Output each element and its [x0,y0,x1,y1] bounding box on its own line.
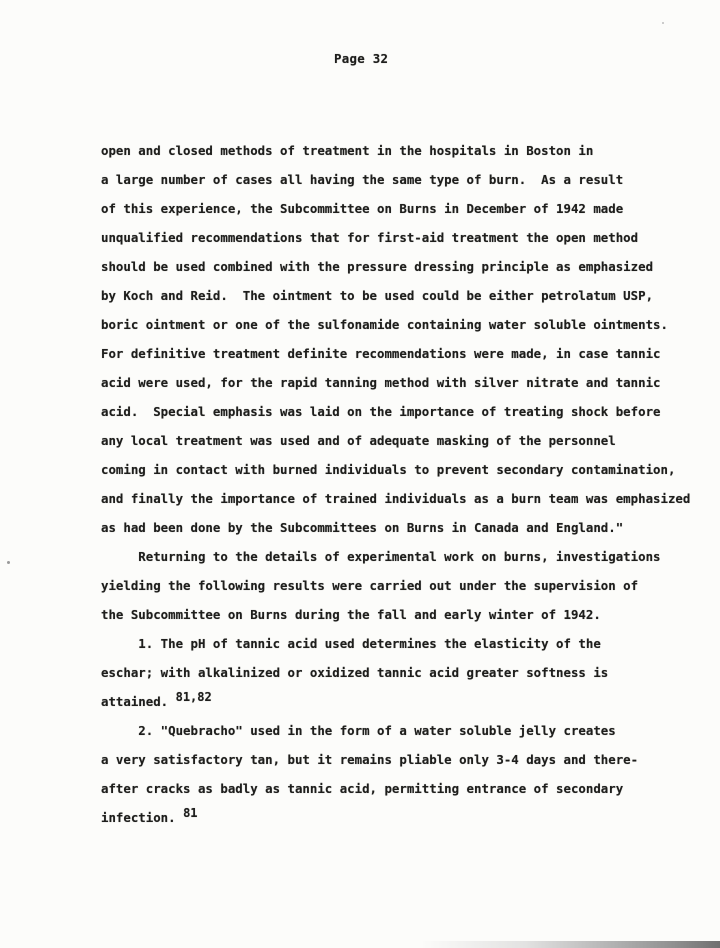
scanned-document-page: Page 32 open and closed methods of treat… [0,0,720,948]
document-body: open and closed methods of treatment in … [101,136,701,832]
text-line: open and closed methods of treatment in … [101,136,701,165]
text-line: a large number of cases all having the s… [101,165,701,194]
page-number-header: Page 32 [334,51,388,66]
text-line: as had been done by the Subcommittees on… [101,513,701,542]
text-line: boric ointment or one of the sulfonamide… [101,310,701,339]
paragraph-1: open and closed methods of treatment in … [101,136,701,542]
text-line: acid were used, for the rapid tanning me… [101,368,701,397]
citation-superscript: 81,82 [176,683,212,712]
paragraph-2: Returning to the details of experimental… [101,542,701,629]
text-line: yielding the following results were carr… [101,571,701,600]
list-item-2: 2. "Quebracho" used in the form of a wat… [101,716,701,803]
list-item-1-last-line: attained. 81,82 [101,687,701,716]
text-line: 1. The pH of tannic acid used determines… [101,629,701,658]
list-item-1: 1. The pH of tannic acid used determines… [101,629,701,687]
list-item-1-tail-text: attained. [101,694,176,709]
text-line: by Koch and Reid. The ointment to be use… [101,281,701,310]
list-item-2-last-line: infection. 81 [101,803,701,832]
text-line: 2. "Quebracho" used in the form of a wat… [101,716,701,745]
text-line: should be used combined with the pressur… [101,252,701,281]
text-line: unqualified recommendations that for fir… [101,223,701,252]
citation-superscript: 81 [183,799,197,828]
list-item-2-tail-text: infection. [101,810,183,825]
scan-artifact-speck [662,22,664,24]
text-line: any local treatment was used and of adeq… [101,426,701,455]
scan-artifact-speck [7,561,10,564]
text-line: acid. Special emphasis was laid on the i… [101,397,701,426]
text-line: a very satisfactory tan, but it remains … [101,745,701,774]
text-line: coming in contact with burned individual… [101,455,701,484]
text-line: of this experience, the Subcommittee on … [101,194,701,223]
text-line: Returning to the details of experimental… [101,542,701,571]
text-line: For definitive treatment definite recomm… [101,339,701,368]
text-line: the Subcommittee on Burns during the fal… [101,600,701,629]
scan-edge-shadow [420,941,720,948]
text-line: and finally the importance of trained in… [101,484,701,513]
